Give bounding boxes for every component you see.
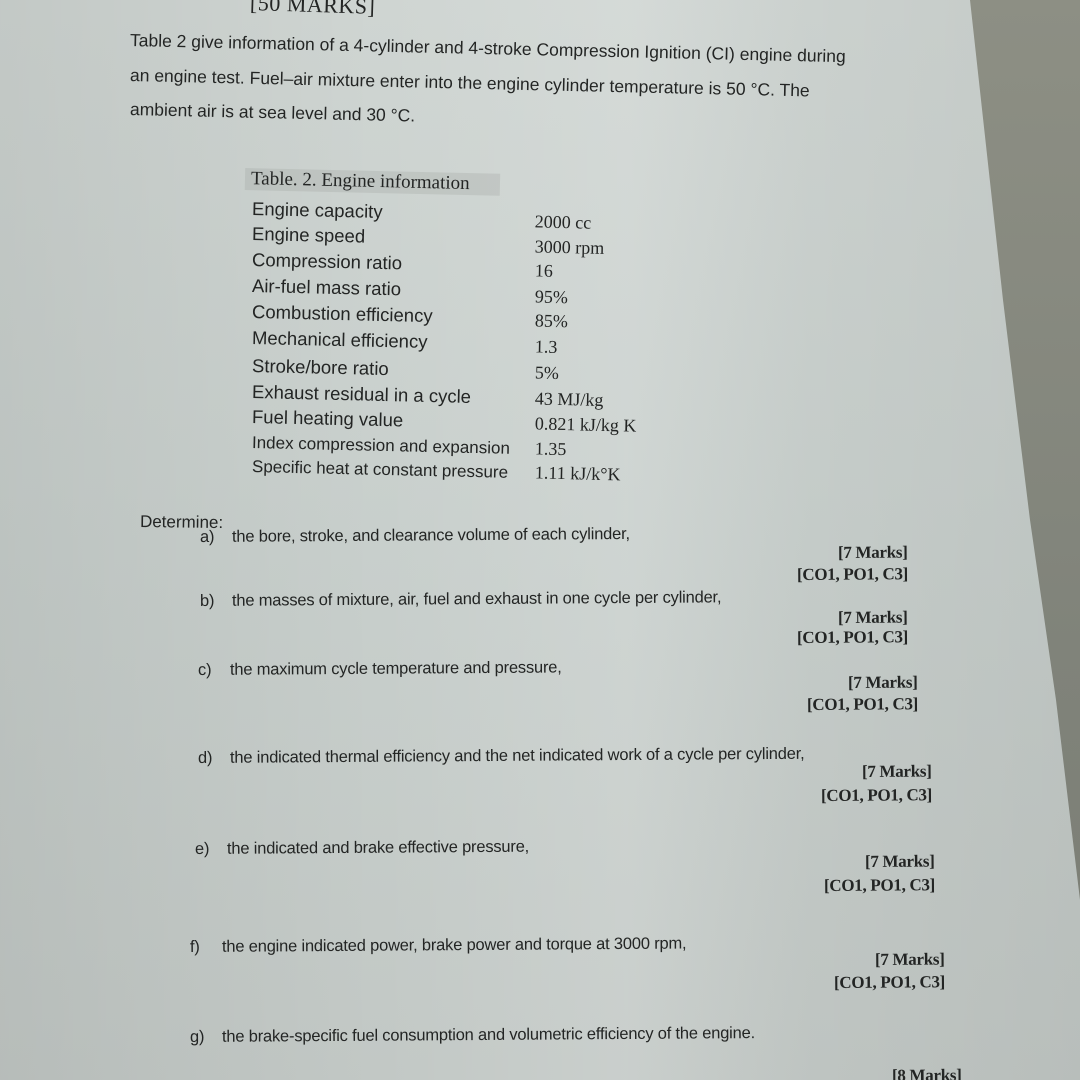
table-row: Mechanical efficiency1.3 [252,327,558,356]
row-value: 85% [535,310,568,332]
question-text: the bore, stroke, and clearance volume o… [232,525,630,546]
outcomes-a: [CO1, PO1, C3] [797,564,908,585]
question-letter: a) [200,528,232,547]
row-value: 1.3 [535,336,558,358]
exam-paper: [50 MARKS] Table 2 give information of a… [0,0,1080,1080]
marks-a: [7 Marks] [838,543,908,563]
question-text: the masses of mixture, air, fuel and exh… [232,588,721,609]
row-label: Compression ratio [252,249,535,277]
row-label: Specific heat at constant pressure [252,457,535,483]
table-row: Index compression and expansion1.35 [252,432,567,460]
row-label: Stroke/bore ratio [252,355,535,383]
outcomes-f: [CO1, PO1, C3] [834,972,945,993]
question-text: the indicated and brake effective pressu… [227,838,529,858]
question-f: f)the engine indicated power, brake powe… [190,935,687,957]
row-label: Air-fuel mass ratio [252,275,535,303]
row-value: 95% [535,286,568,308]
outcomes-b: [CO1, PO1, C3] [797,627,908,648]
paper-content: [50 MARKS] Table 2 give information of a… [0,0,1080,1080]
question-b: b)the masses of mixture, air, fuel and e… [200,588,721,611]
outcomes-c: [CO1, PO1, C3] [807,694,918,715]
question-letter: g) [190,1028,222,1047]
question-text: the engine indicated power, brake power … [222,935,687,956]
question-text: the maximum cycle temperature and pressu… [230,658,562,678]
row-value: 43 MJ/kg [535,388,604,411]
question-text: the brake-specific fuel consumption and … [222,1024,755,1046]
question-text: the indicated thermal efficiency and the… [230,745,805,767]
marks-b: [7 Marks] [838,608,908,628]
question-letter: b) [200,592,232,611]
marks-d: [7 Marks] [862,762,932,782]
intro-line-2: an engine test. Fuel–air mixture enter i… [130,65,810,101]
question-letter: c) [198,661,230,680]
row-label: Mechanical efficiency [252,327,535,355]
table-row: Air-fuel mass ratio95% [252,275,568,304]
question-c: c)the maximum cycle temperature and pres… [198,658,562,680]
marks-f: [7 Marks] [875,950,945,970]
question-e: e)the indicated and brake effective pres… [195,838,529,859]
row-value: 1.11 kJ/k°K [535,462,621,485]
row-label: Engine capacity [252,198,535,226]
total-marks-header: [50 MARKS] [250,0,376,20]
marks-g: [8 Marks] [892,1066,962,1080]
table-row: Stroke/bore ratio5% [252,355,559,384]
table-caption: Table. 2. Engine information [245,168,500,196]
intro-line-3: ambient air is at sea level and 30 °C. [130,99,416,126]
row-label: Engine speed [252,223,535,251]
row-value: 1.35 [535,438,567,460]
question-letter: d) [198,749,230,768]
marks-c: [7 Marks] [848,673,918,693]
row-label: Index compression and expansion [252,433,535,459]
table-row: Combustion efficiency85% [252,301,568,330]
outcomes-d: [CO1, PO1, C3] [821,785,932,806]
row-value: 16 [535,260,553,281]
marks-e: [7 Marks] [865,852,935,872]
outcomes-e: [CO1, PO1, C3] [824,875,935,896]
row-value: 0.821 kJ/kg K [535,413,637,436]
question-letter: f) [190,938,222,957]
question-g: g)the brake-specific fuel consumption an… [190,1024,755,1047]
intro-line-1: Table 2 give information of a 4-cylinder… [130,30,846,67]
row-label: Exhaust residual in a cycle [252,381,535,409]
row-label: Combustion efficiency [252,301,535,329]
question-a: a)the bore, stroke, and clearance volume… [200,525,630,547]
table-row: Compression ratio16 [252,249,553,278]
question-letter: e) [195,840,227,859]
table-row: Specific heat at constant pressure1.11 k… [252,456,621,485]
row-label: Fuel heating value [252,406,535,434]
row-value: 5% [535,362,559,384]
question-d: d)the indicated thermal efficiency and t… [198,745,805,768]
table-row: Fuel heating value0.821 kJ/kg K [252,406,637,437]
